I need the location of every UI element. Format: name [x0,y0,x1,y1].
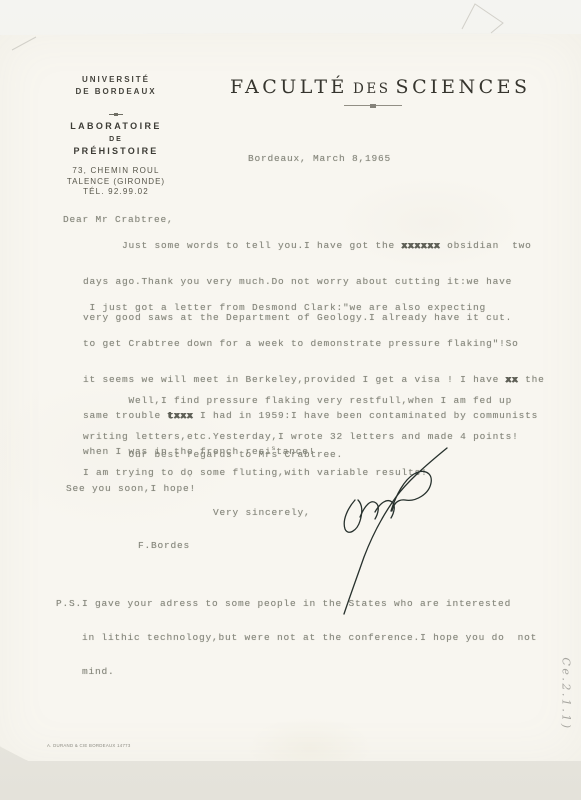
letterhead-university-line2: DE BORDEAUX [52,87,180,96]
letterhead-ornament [52,102,180,120]
letterhead-phone: TÉL. 92.99.02 [52,187,180,196]
letterhead-address-city: TALENCE (GIRONDE) [52,177,180,186]
closing-line: Very sincerely, [213,504,311,522]
archive-code-annotation: Ce.2.1.1) [560,657,573,730]
regards-line: Our best regards to Mrs Crabtree. [57,446,343,464]
dash-ornament-icon [109,114,123,115]
masthead-word-sciences: SCIENCES [396,76,531,98]
letter-line: writing letters,etc.Yesterday,I wrote 32… [83,431,519,442]
letterhead-lab-line3: PRÉHISTOIRE [52,146,180,156]
farewell-line: See you soon,I hope! [66,480,196,498]
masthead-word-des: DES [353,81,390,97]
letter-line: P.S.I gave your adress to some people in… [56,598,511,609]
masthead-ornament-icon [344,105,402,106]
letter-line: obsidian two [441,240,532,251]
letter-line: I just got a letter from Desmond Clark:"… [57,302,486,313]
letterhead-lab-line2: DE [52,136,180,143]
letter-line: days ago.Thank you very much.Do not worr… [83,276,512,287]
struck-out-word: xxxxxx [402,240,441,251]
masthead-word-faculte: FACULTÉ [230,76,348,98]
masthead-title: FACULTÉ DES SCIENCES [230,76,522,98]
letterhead-university-line1: UNIVERSITÉ [52,75,180,84]
letter-line: the [519,374,545,385]
postscript: P.S.I gave your adress to some people in… [56,595,537,697]
letter-line: Just some words to tell you.I have got t… [57,240,402,251]
letter-line: in lithic technology,but were not at the… [82,632,537,643]
struck-out-word: xx [506,374,519,385]
printer-imprint: A. DURAND & CIE BORDEAUX 14773 [47,744,131,748]
letterhead-address-street: 73, CHEMIN ROUL [52,166,180,175]
salutation: Dear Mr Crabtree, [63,211,174,229]
letter-line: to get Crabtree down for a week to demon… [83,338,519,349]
letter-line: I am trying to dọ some fluting,with vari… [83,467,428,478]
scanned-letter-page: UNIVERSITÉ DE BORDEAUX LABORATOIRE DE PR… [0,0,581,800]
dateline: Bordeaux, March 8,1965 [248,150,391,168]
typed-signature-name: F.Bordes [138,537,190,555]
letter-line: mind. [82,666,115,677]
letterhead-lab-line1: LABORATOIRE [52,121,180,131]
letter-line: it seems we will meet in Berkeley,provid… [83,374,506,385]
letter-line: Well,I find pressure flaking very restfu… [57,395,512,406]
